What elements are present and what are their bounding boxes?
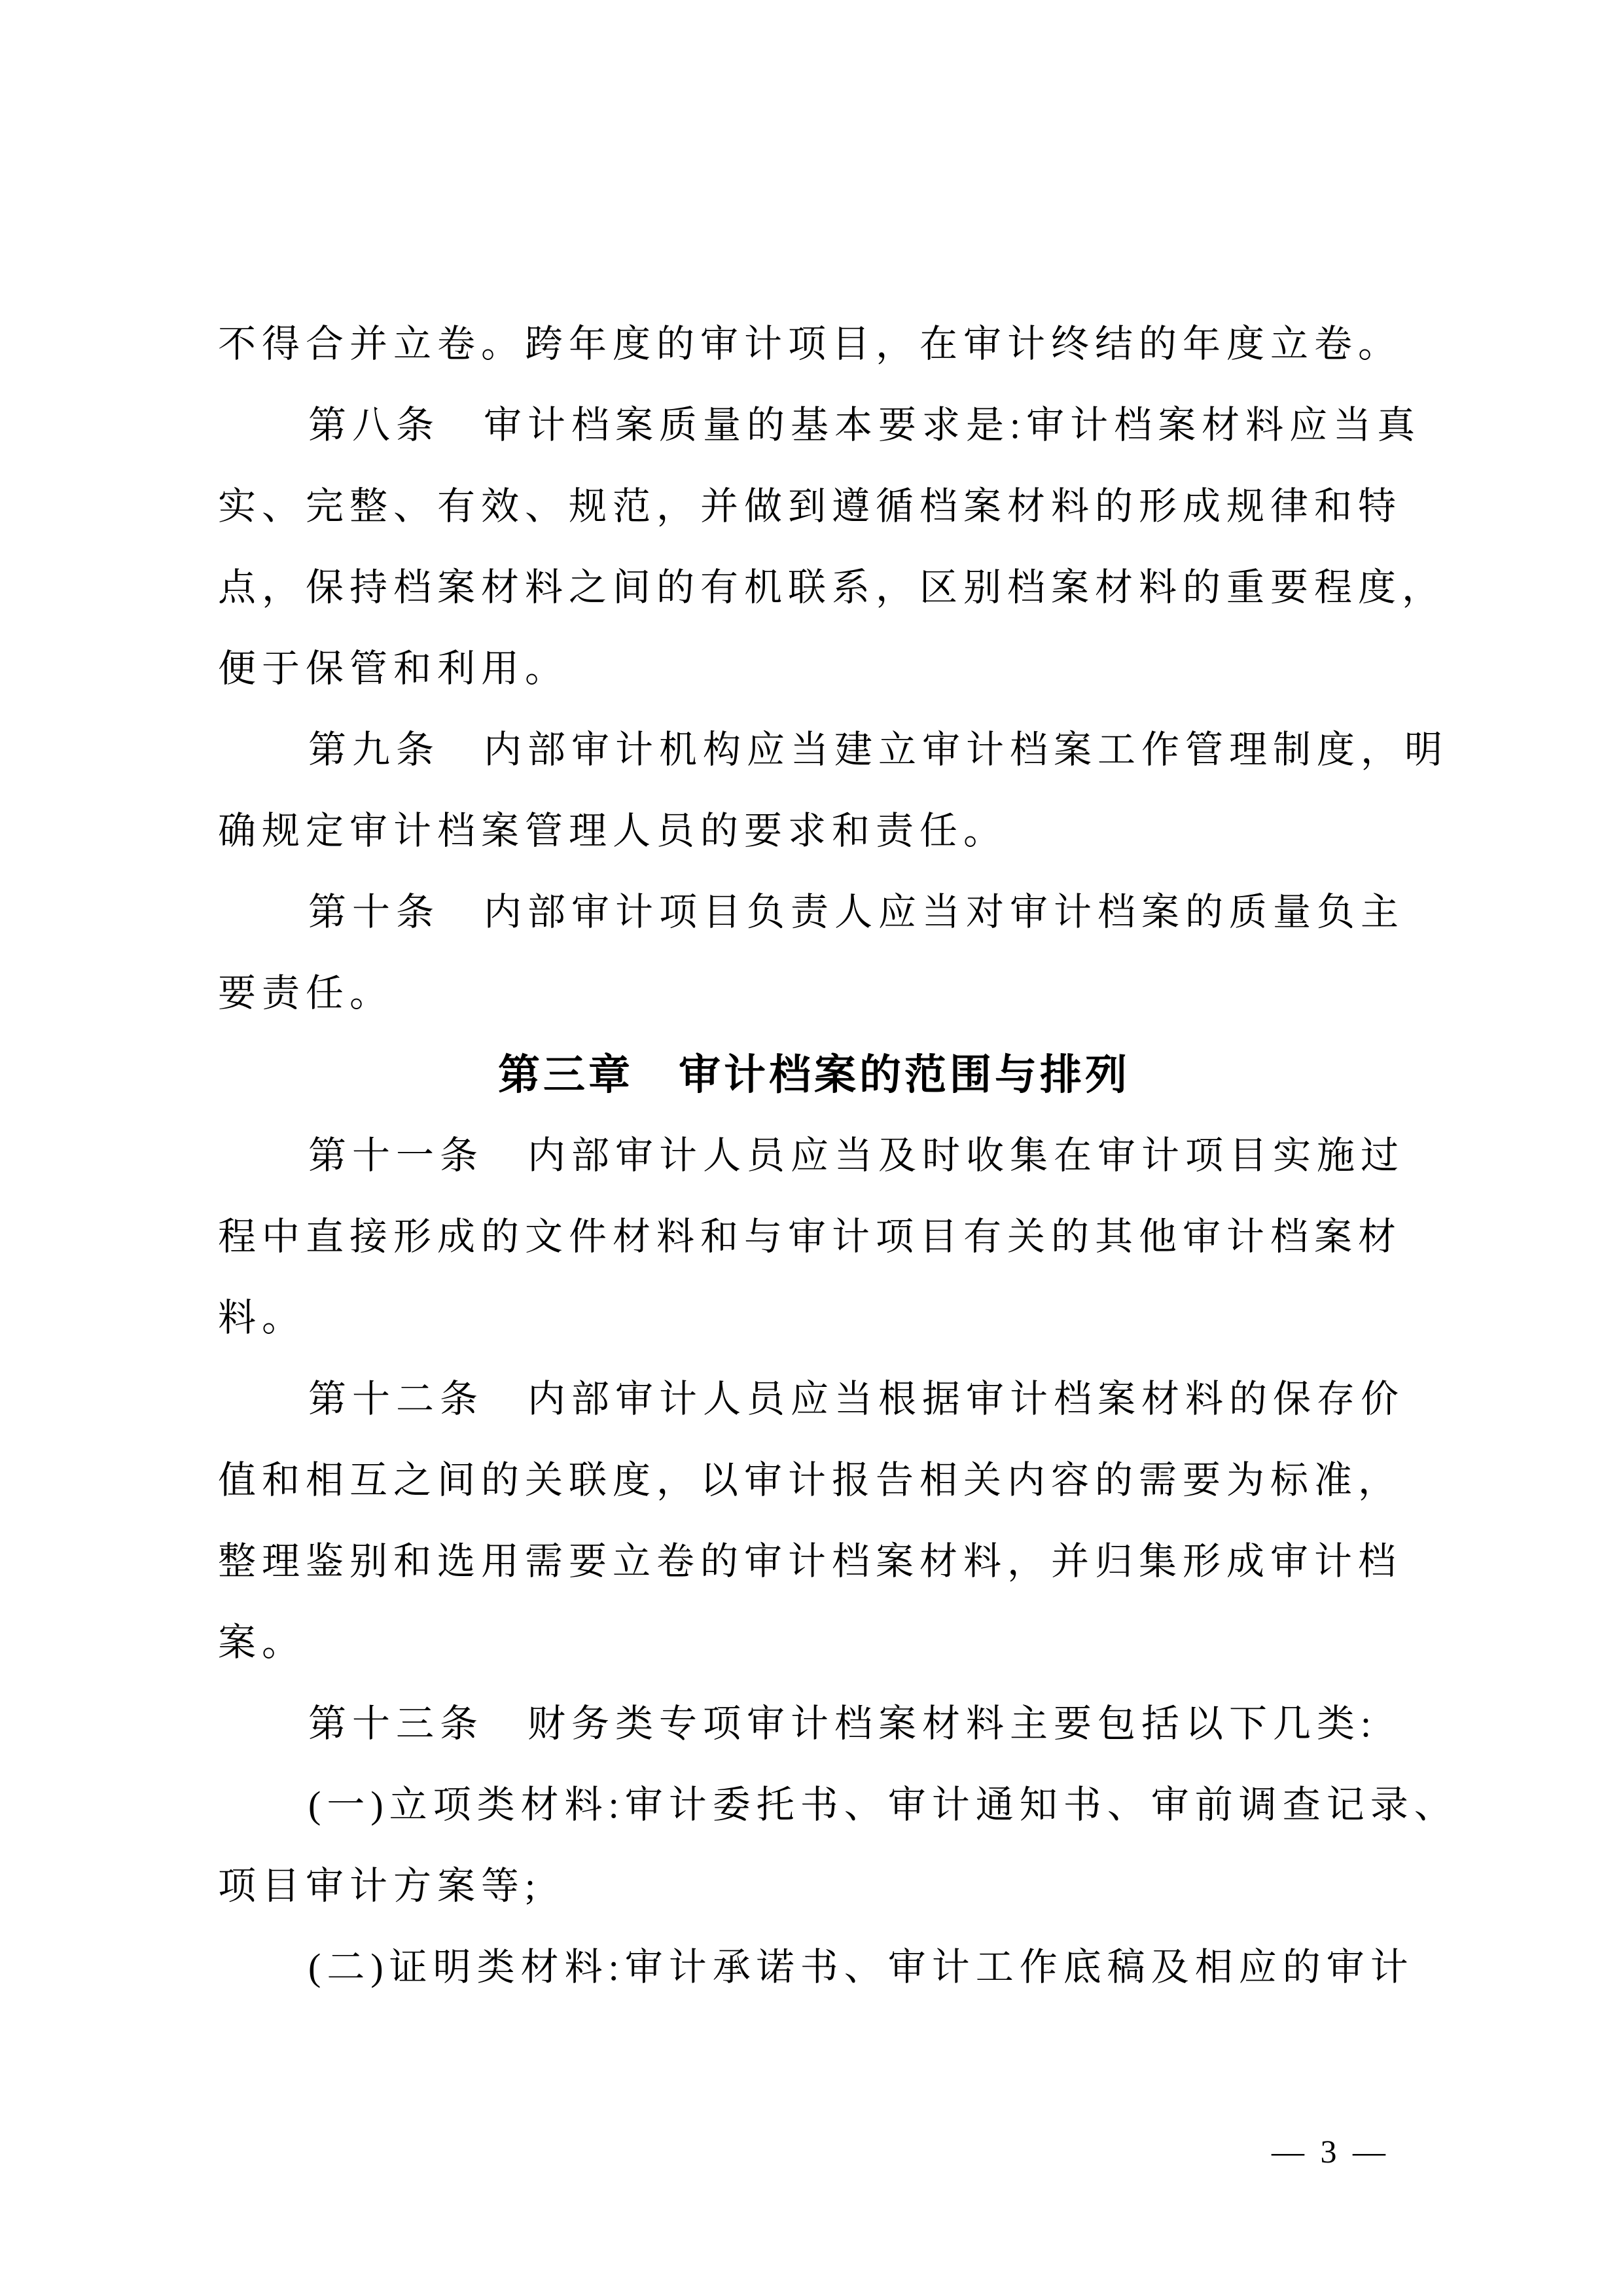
body-line: 第十二条 内部审计人员应当根据审计档案材料的保存价 [218, 1359, 1410, 1440]
body-line: 第十三条 财务类专项审计档案材料主要包括以下几类: [218, 1683, 1410, 1765]
body-line: 程中直接形成的文件材料和与审计项目有关的其他审计档案材 [218, 1196, 1410, 1278]
body-line: 料。 [218, 1278, 1410, 1359]
body-line: 项目审计方案等; [218, 1846, 1410, 1927]
body-line: 值和相互之间的关联度，以审计报告相关内容的需要为标准， [218, 1440, 1410, 1521]
page-number: — 3 — [1272, 2125, 1389, 2178]
body-line: 点，保持档案材料之间的有机联系，区别档案材料的重要程度， [218, 547, 1410, 628]
body-line: 第十条 内部审计项目负责人应当对审计档案的质量负主 [218, 872, 1410, 953]
body-line: 第十一条 内部审计人员应当及时收集在审计项目实施过 [218, 1115, 1410, 1196]
chapter-heading: 第三章 审计档案的范围与排列 [218, 1034, 1410, 1115]
body-line: 不得合并立卷。跨年度的审计项目，在审计终结的年度立卷。 [218, 304, 1410, 385]
body-line: 便于保管和利用。 [218, 628, 1410, 709]
body-line: 整理鉴别和选用需要立卷的审计档案材料，并归集形成审计档 [218, 1521, 1410, 1602]
body-line: 第九条 内部审计机构应当建立审计档案工作管理制度，明 [218, 709, 1410, 791]
body-line: (二)证明类材料:审计承诺书、审计工作底稿及相应的审计 [218, 1927, 1410, 2008]
scanned-document-page: { "document": { "lines": [ { "text": "不得… [0, 0, 1623, 2296]
document-text-block: 不得合并立卷。跨年度的审计项目，在审计终结的年度立卷。 第八条 审计档案质量的基… [218, 304, 1410, 2008]
body-line: 确规定审计档案管理人员的要求和责任。 [218, 791, 1410, 872]
body-line: 实、完整、有效、规范，并做到遵循档案材料的形成规律和特 [218, 466, 1410, 547]
body-line: 要责任。 [218, 953, 1410, 1034]
body-line: 第八条 审计档案质量的基本要求是:审计档案材料应当真 [218, 385, 1410, 466]
body-line: 案。 [218, 1602, 1410, 1683]
body-line: (一)立项类材料:审计委托书、审计通知书、审前调查记录、 [218, 1765, 1410, 1846]
